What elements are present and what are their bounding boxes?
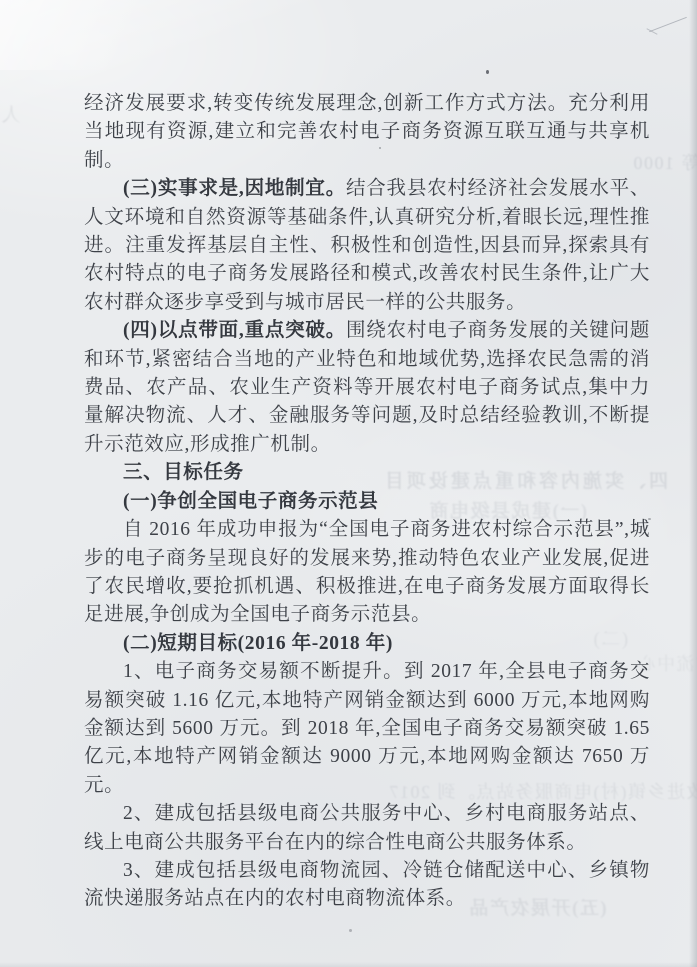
heading-sub-2: (二)短期目标(2016 年-2018 年): [84, 630, 650, 658]
ink-dot: [349, 929, 352, 932]
paragraph-item-2: 2、建成包括县级电商公共服务中心、乡村电商服务站点、线上电商公共服务平台在内的综…: [84, 800, 650, 857]
section-3-lead: (三)实事求是,因地制宜。: [123, 178, 346, 199]
paper-crease: [0, 0, 200, 70]
heading-goals-tasks: 三、目标任务: [84, 459, 650, 487]
ink-dot: [189, 232, 191, 234]
pencil-scratch: [649, 17, 687, 32]
paragraph-section-4: (四)以点带面,重点突破。围绕农村电子商务发展的关键问题和环节,紧密结合当地的产…: [84, 317, 650, 459]
paragraph-section-3: (三)实事求是,因地制宜。结合我县农村经济社会发展水平、人文环境和自然资源等基础…: [84, 175, 650, 317]
paragraph-continuation: 经济发展要求,转变传统发展理念,创新工作方式方法。充分利用当地现有资源,建立和完…: [84, 90, 650, 175]
scanned-document-page: 人 等 1000 四、实施内容和重点建设项目 (一)建成县级电商 (二) 建成县…: [0, 0, 697, 967]
scan-edge-shadow: [0, 962, 697, 967]
ink-dot: [648, 518, 651, 520]
scan-edge-shadow: [689, 0, 697, 967]
ink-dot: [379, 147, 381, 149]
heading-sub-1: (一)争创全国电子商务示范县: [84, 488, 650, 516]
paragraph-item-1: 1、电子商务交易额不断提升。到 2017 年,全县电子商务交易额突破 1.16 …: [84, 658, 650, 800]
paragraph-item-3: 3、建成包括县级电商物流园、冷链仓储配送中心、乡镇物流快递服务站点在内的农村电商…: [84, 857, 650, 914]
bleed-through-text: 人: [0, 100, 21, 127]
ink-dot: [486, 70, 489, 74]
section-4-lead: (四)以点带面,重点突破。: [123, 320, 346, 341]
document-body: 经济发展要求,转变传统发展理念,创新工作方式方法。充分利用当地现有资源,建立和完…: [84, 90, 650, 914]
paragraph-sub-1: 自 2016 年成功申报为“全国电子商务进农村综合示范县”,城步的电子商务呈现良…: [84, 516, 650, 630]
